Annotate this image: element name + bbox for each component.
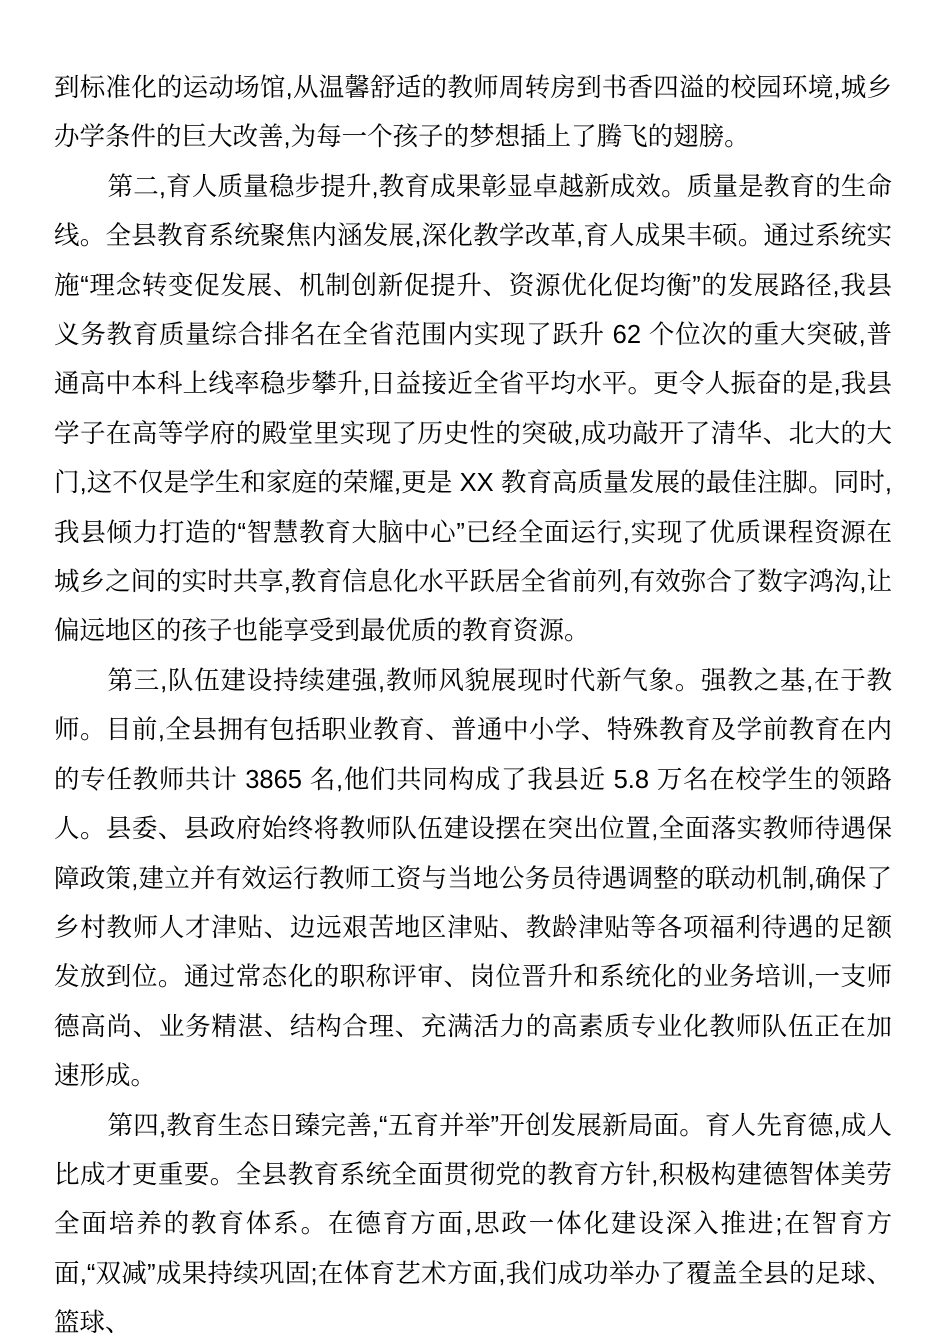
paragraph-fourth-point: 第四,教育生态日臻完善,“五育并举”开创发展新局面。育人先育德,成人比成才更重要… bbox=[54, 1102, 892, 1344]
document-page: 到标准化的运动场馆,从温馨舒适的教师周转房到书香四溢的校园环境,城乡办学条件的巨… bbox=[0, 0, 950, 1344]
paragraph-continuation: 到标准化的运动场馆,从温馨舒适的教师周转房到书香四溢的校园环境,城乡办学条件的巨… bbox=[54, 64, 892, 163]
paragraph-second-point: 第二,育人质量稳步提升,教育成果彰显卓越新成效。质量是教育的生命线。全县教育系统… bbox=[54, 163, 892, 657]
paragraph-third-point: 第三,队伍建设持续建强,教师风貌展现时代新气象。强教之基,在于教师。目前,全县拥… bbox=[54, 657, 892, 1102]
